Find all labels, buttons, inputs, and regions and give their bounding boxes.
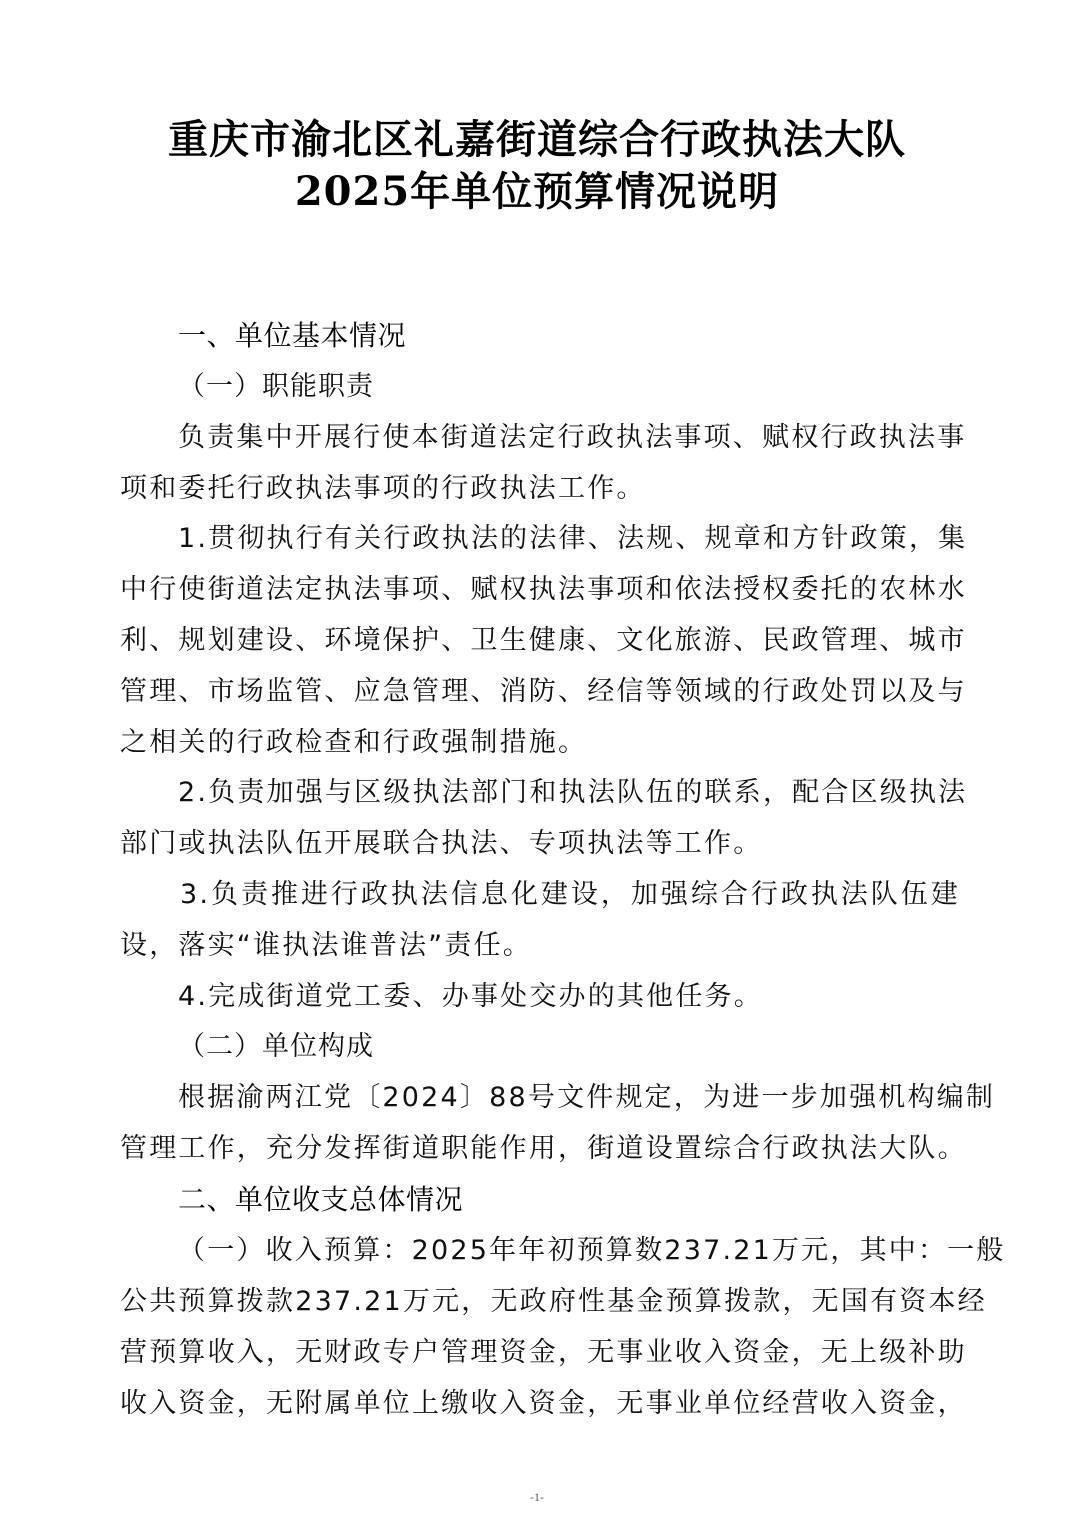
paragraph-line: 之相关的行政检查和行政强制措施。 [120,726,960,760]
subheading-duties: （一）职能职责 [178,370,1018,404]
paragraph-line: 部门或执法队伍开展联合执法、专项执法等工作。 [120,827,960,861]
paragraph-line: 4.完成街道党工委、办事处交办的其他任务。 [178,980,1018,1014]
paragraph-line: 管理工作，充分发挥街道职能作用，街道设置综合行政执法大队。 [120,1132,960,1166]
section-heading-income-expense: 二、单位收支总体情况 [178,1183,1018,1217]
paragraph-line: 设，落实“谁执法谁普法”责任。 [120,929,960,963]
paragraph-line: 项和委托行政执法事项的行政执法工作。 [120,472,960,506]
page-number: -1- [0,1490,1074,1505]
paragraph-line: 负责集中开展行使本街道法定行政执法事项、赋权行政执法事 [178,421,960,455]
document-title-line1: 重庆市渝北区礼嘉街道综合行政执法大队 [0,108,1074,165]
paragraph-line: 根据渝两江党〔2024〕88号文件规定，为进一步加强机构编制 [178,1081,960,1115]
paragraph-line: 利、规划建设、环境保护、卫生健康、文化旅游、民政管理、城市 [120,624,960,658]
paragraph-line: 中行使街道法定执法事项、赋权执法事项和依法授权委托的农林水 [120,573,960,607]
paragraph-line: 3.负责推进行政执法信息化建设，加强综合行政执法队伍建 [180,878,960,912]
paragraph-line: 管理、市场监管、应急管理、消防、经信等领域的行政处罚以及与 [120,675,960,709]
paragraph-line: 营预算收入，无财政专户管理资金，无事业收入资金，无上级补助 [120,1336,960,1370]
paragraph-line: 1.贯彻执行有关行政执法的法律、法规、规章和方针政策，集 [178,522,960,556]
section-heading-basic-info: 一、单位基本情况 [178,319,1018,353]
paragraph-line: （一）收入预算：2025年年初预算数237.21万元，其中：一般 [178,1234,960,1268]
document-page: 重庆市渝北区礼嘉街道综合行政执法大队 2025年单位预算情况说明 一、单位基本情… [0,0,1074,1520]
paragraph-line: 公共预算拨款237.21万元，无政府性基金预算拨款，无国有资本经 [120,1285,960,1319]
paragraph-line: 2.负责加强与区级执法部门和执法队伍的联系，配合区级执法 [178,776,960,810]
paragraph-line: 收入资金，无附属单位上缴收入资金，无事业单位经营收入资金， [120,1387,960,1421]
subheading-composition: （二）单位构成 [178,1030,1018,1064]
document-title-line2: 2025年单位预算情况说明 [0,160,1074,217]
